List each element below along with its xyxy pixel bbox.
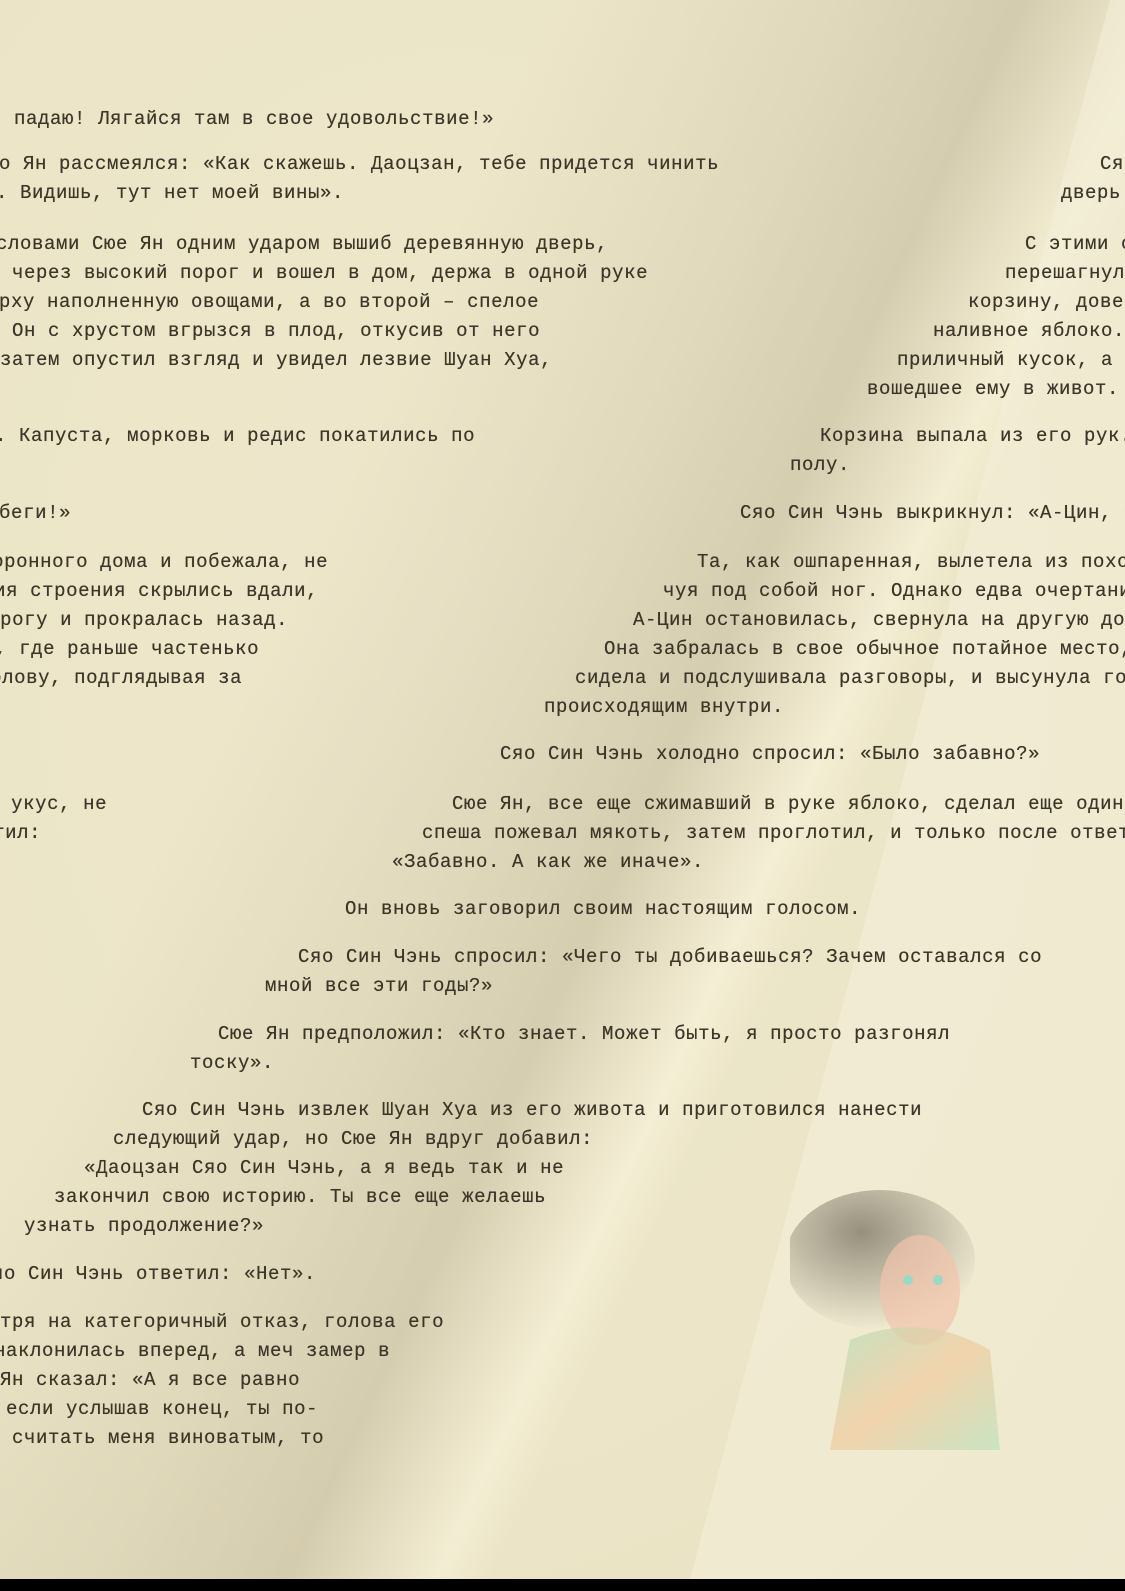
text-fragment: наливное яблоко. Он с хрустом вгрызся в … xyxy=(0,320,540,342)
character-illustration xyxy=(790,1180,1020,1450)
bottom-edge xyxy=(0,1579,1125,1591)
text-fragment: Та, как ошпаренная, вылетела из похоронн… xyxy=(0,551,328,573)
text-fragment: мной все эти годы?» xyxy=(265,975,493,997)
text-fragment: сидела и подслушивала разговоры, и высун… xyxy=(0,667,242,689)
text-fragment: Сяо Син Чэнь выкрикнул: «А-Цин, беги!» xyxy=(0,502,71,524)
text-fragment: Сяо Син Чэнь извлек Шуан Хуа из его живо… xyxy=(142,1099,922,1121)
text-fragment: чуя под собой ног. Однако едва очертания… xyxy=(0,580,318,602)
text-fragment: приличный кусок, а затем опустил взгляд … xyxy=(0,349,552,371)
text-fragment: Сяо Син Чэнь спросил: «Чего ты добиваешь… xyxy=(298,946,1042,968)
text-fragment: сидела и подслушивала разговоры, и высун… xyxy=(575,667,1125,689)
text-fragment: А-Цин остановилась, свернула на другую д… xyxy=(0,609,288,631)
text-fragment: руке. Сюе Ян сказал: «А я все равно xyxy=(0,1369,300,1391)
text-fragment: чуя под собой ног. Однако едва очертания… xyxy=(663,580,1125,602)
text-fragment: Он вновь заговорил своим настоящим голос… xyxy=(345,898,861,920)
text-fragment: дверь. Видишь, тут нет моей вины». xyxy=(1061,182,1125,204)
text-fragment: происходящим внутри. xyxy=(544,696,784,718)
text-fragment: Сяо Син Чэнь выкрикнул: «А-Цин, беги!» xyxy=(740,502,1125,524)
text-fragment: корзину, доверху наполненную овощами, а … xyxy=(968,291,1125,313)
text-fragment: С этими словами Сюе Ян одним ударом выши… xyxy=(0,233,608,255)
text-fragment: С этими словами Сюе Ян одним ударом выши… xyxy=(1025,233,1125,255)
text-fragment: Сюе Ян, все еще сжимавший в руке яблоко,… xyxy=(452,793,1125,815)
text-fragment: вошедшее ему в живот. xyxy=(867,378,1119,400)
text-fragment: расскажу. И, если услышав конец, ты по- xyxy=(0,1398,318,1420)
text-fragment: следующий удар, но Сюе Ян вдруг добавил: xyxy=(113,1128,593,1150)
text-fragment: слегка наклонилась вперед, а меч замер в xyxy=(0,1340,390,1362)
text-fragment: Сюе Ян предположил: «Кто знает. Может бы… xyxy=(218,1023,950,1045)
text-fragment: прежнему будешь считать меня виноватым, … xyxy=(0,1427,324,1449)
text-fragment: Сяо Ян рассмеялся: «Как скажешь. Даоцзан… xyxy=(1100,153,1125,175)
text-fragment: Сяо Син Чэнь холодно спросил: «Было заба… xyxy=(500,743,1040,765)
text-fragment: Корзина выпала из его рук. Капуста, морк… xyxy=(0,425,475,447)
text-fragment: Та, как ошпаренная, вылетела из похоронн… xyxy=(697,551,1125,573)
text-fragment: закончил свою историю. Ты все еще желаеш… xyxy=(54,1186,546,1208)
text-fragment: А-Цин остановилась, свернула на другую д… xyxy=(633,609,1125,631)
text-fragment: корзину, доверху наполненную овощами, а … xyxy=(0,291,539,313)
text-fragment: перешагнул через высокий порог и вошел в… xyxy=(0,262,648,284)
text-fragment: приличный кусок, а затем опустил взгляд … xyxy=(897,349,1125,371)
text-fragment: полу. xyxy=(790,454,850,476)
text-line: падаю! Лягайся там в свое удовольствие!» xyxy=(14,108,494,130)
text-fragment: дверь. Видишь, тут нет моей вины». xyxy=(0,182,344,204)
text-fragment: перешагнул через высокий порог и вошел в… xyxy=(1005,262,1125,284)
text-fragment: спеша пожевал мякоть, затем проглотил, и… xyxy=(0,822,41,844)
text-fragment: Сяо Син Чэнь ответил: «Нет». xyxy=(0,1263,316,1285)
text-fragment: Сюе Ян, все еще сжимавший в руке яблоко,… xyxy=(0,793,107,815)
text-fragment: Она забралась в свое обычное потайное ме… xyxy=(604,638,1125,660)
text-fragment: тоску». xyxy=(190,1052,274,1074)
text-fragment: Сяо Ян рассмеялся: «Как скажешь. Даоцзан… xyxy=(0,153,719,175)
text-fragment: спеша пожевал мякоть, затем проглотил, и… xyxy=(422,822,1125,844)
text-fragment: узнать продолжение?» xyxy=(24,1215,264,1237)
text-fragment: Она забралась в свое обычное потайное ме… xyxy=(0,638,259,660)
text-fragment: «Даоцзан Сяо Син Чэнь, а я ведь так и не xyxy=(84,1157,564,1179)
text-fragment: Корзина выпала из его рук. Капуста, морк… xyxy=(820,425,1125,447)
text-fragment: наливное яблоко. Он с хрустом вгрызся в … xyxy=(933,320,1125,342)
text-fragment: Несмотря на категоричный отказ, голова е… xyxy=(0,1311,444,1333)
text-fragment: «Забавно. А как же иначе». xyxy=(392,851,704,873)
